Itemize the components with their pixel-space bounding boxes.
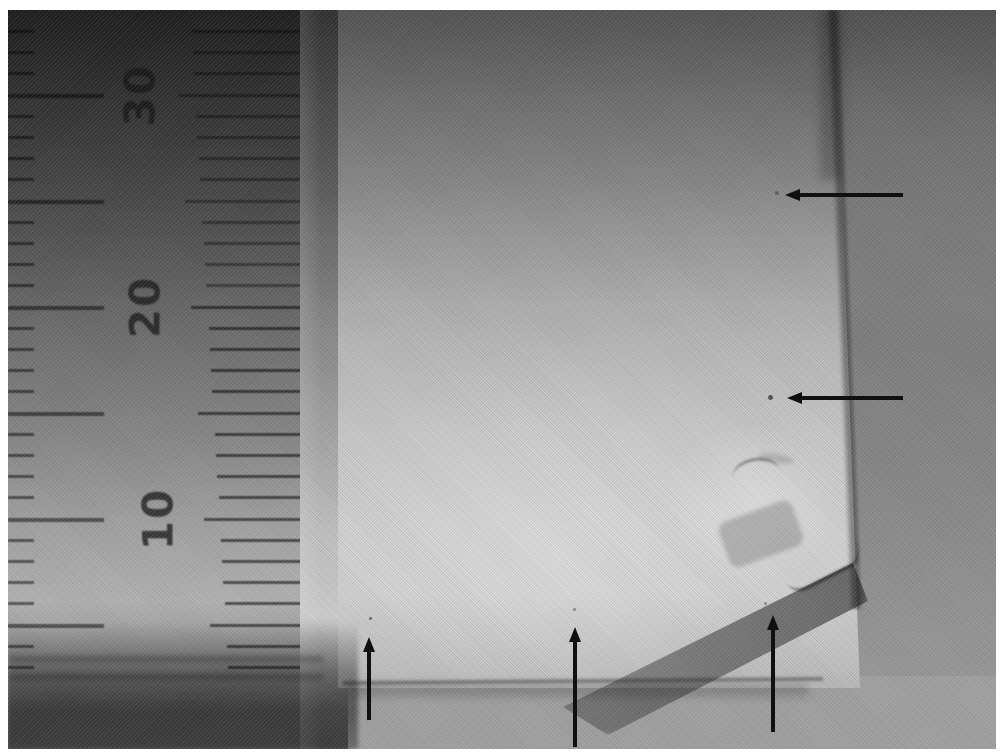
figure-photograph: 30 20 10 bbox=[0, 0, 1000, 753]
defect-speck bbox=[764, 602, 767, 605]
arrow-head bbox=[569, 627, 581, 642]
arrow-head bbox=[363, 637, 375, 652]
defect-speck bbox=[768, 395, 773, 400]
arrow-shaft bbox=[367, 649, 371, 720]
annotation-layer bbox=[8, 10, 996, 749]
arrow-shaft bbox=[573, 639, 577, 747]
arrow-head bbox=[787, 392, 802, 404]
photo-area: 30 20 10 bbox=[8, 10, 996, 749]
arrow-head bbox=[767, 615, 779, 630]
defect-speck bbox=[573, 608, 576, 611]
arrow-head bbox=[785, 189, 800, 201]
defect-speck bbox=[369, 617, 372, 620]
arrow-shaft bbox=[797, 193, 903, 197]
arrow-shaft bbox=[771, 627, 775, 732]
arrow-shaft bbox=[799, 396, 903, 400]
defect-speck bbox=[775, 191, 779, 195]
